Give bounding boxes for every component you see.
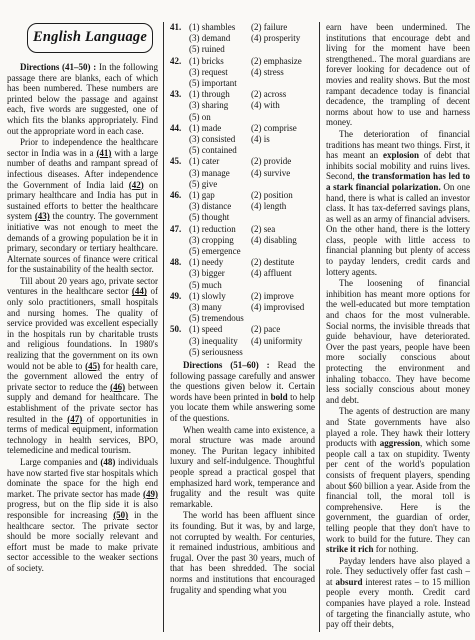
question-list: 41.(1) shambles(2) failure(3) demand(4) … — [170, 22, 315, 358]
paragraph: Directions (51–60) : Read the following … — [170, 360, 315, 424]
option-label: (4) — [251, 67, 264, 77]
body-text: earn have been undermined. The instituti… — [326, 22, 470, 127]
option-word: bigger — [202, 268, 225, 278]
body-text: Large companies and — [20, 457, 100, 467]
answer-option: (5) seriousness — [189, 347, 250, 358]
option-label: (1) — [189, 123, 202, 133]
answer-option: (1) made — [189, 123, 250, 134]
answer-option: (1) speed — [189, 324, 250, 335]
option-label: (1) — [189, 56, 202, 66]
emphasized-text: strike it rich — [326, 544, 374, 554]
option-label: (3) — [189, 268, 202, 278]
answer-option: (1) reduction — [189, 224, 250, 235]
option-label: (2) — [251, 291, 264, 301]
answer-option: (4) length — [251, 201, 315, 212]
paragraph: Directions (41–50) : In the following pa… — [7, 62, 158, 136]
answer-option: (4) improvised — [251, 302, 315, 313]
option-label: (3) — [189, 336, 202, 346]
question-item: 50.(1) speed(2) pace(3) inequality(4) un… — [170, 324, 315, 358]
option-label: (3) — [189, 201, 202, 211]
answer-option: (2) destitute — [251, 257, 315, 268]
answer-option: (1) cater — [189, 156, 250, 167]
option-grid: (1) speed(2) pace(3) inequality(4) unifo… — [189, 324, 315, 358]
middle-column-paragraphs: Directions (51–60) : Read the following … — [170, 360, 315, 595]
option-word: is — [264, 134, 270, 144]
option-label: (4) — [251, 235, 264, 245]
answer-option: (3) distance — [189, 201, 250, 212]
option-label: (1) — [189, 190, 202, 200]
option-word: emergence — [202, 246, 241, 256]
option-word: disabling — [264, 235, 297, 245]
option-word: cater — [202, 156, 219, 166]
option-word: on — [202, 112, 211, 122]
paragraph: Till about 20 years ago, private sector … — [7, 276, 158, 456]
option-label: (2) — [251, 257, 264, 267]
paragraph: The world has been affluent since its fo… — [170, 510, 315, 595]
body-text: of only solo practitioners, small hospit… — [7, 286, 158, 370]
option-word: comprise — [264, 123, 297, 133]
answer-option: (5) tremendous — [189, 313, 250, 324]
answer-option: (4) stress — [251, 67, 315, 78]
option-label: (5) — [189, 145, 202, 155]
option-word: sharing — [202, 100, 229, 110]
body-text: When wealth came into existence, a moral… — [170, 425, 315, 509]
emphasized-text: (45) — [85, 361, 100, 371]
answer-option: (3) inequality — [189, 336, 250, 347]
question-number: 43. — [170, 89, 189, 123]
answer-option: (1) gap — [189, 190, 250, 201]
option-label: (2) — [251, 56, 264, 66]
option-word: provide — [264, 156, 292, 166]
option-label: (3) — [189, 100, 202, 110]
answer-option: (5) ruined — [189, 44, 250, 55]
question-number: 49. — [170, 291, 189, 325]
option-label: (2) — [251, 156, 264, 166]
option-label: (5) — [189, 44, 202, 54]
option-label: (3) — [189, 134, 202, 144]
option-label: (1) — [189, 291, 202, 301]
question-item: 42.(1) bricks(2) emphasize(3) request(4)… — [170, 56, 315, 90]
paragraph: The agents of destruction are many and S… — [326, 406, 470, 554]
option-label: (5) — [189, 179, 202, 189]
option-label: (5) — [189, 78, 202, 88]
option-word: slowly — [202, 291, 226, 301]
middle-column: 41.(1) shambles(2) failure(3) demand(4) … — [163, 22, 319, 632]
answer-option: (4) uniformity — [251, 336, 315, 347]
question-number: 44. — [170, 123, 189, 157]
answer-option: (3) consisted — [189, 134, 250, 145]
option-word: improve — [264, 291, 294, 301]
section-title-box: English Language — [27, 23, 153, 53]
option-word: through — [202, 89, 230, 99]
paragraph: earn have been undermined. The instituti… — [326, 22, 470, 128]
option-label: (2) — [251, 224, 264, 234]
option-label: (1) — [189, 257, 202, 267]
option-grid: (1) cater(2) provide(3) manage(4) surviv… — [189, 156, 315, 190]
option-label: (3) — [189, 302, 202, 312]
answer-option: (2) position — [251, 190, 315, 201]
answer-option: (2) emphasize — [251, 56, 315, 67]
answer-option: (1) bricks — [189, 56, 250, 67]
option-word: thought — [202, 212, 230, 222]
option-word: give — [202, 179, 218, 189]
question-item: 45.(1) cater(2) provide(3) manage(4) sur… — [170, 156, 315, 190]
emphasized-text: (42) — [129, 180, 144, 190]
answer-option: (5) important — [189, 78, 250, 89]
answer-option: (3) request — [189, 67, 250, 78]
option-word: bricks — [202, 56, 224, 66]
option-label: (5) — [189, 112, 202, 122]
option-label: (4) — [251, 100, 264, 110]
option-label: (1) — [189, 22, 202, 32]
option-word: contained — [202, 145, 237, 155]
emphasized-text: (47) — [67, 414, 82, 424]
option-label: (3) — [189, 235, 202, 245]
option-label: (3) — [189, 33, 202, 43]
option-word: affluent — [264, 268, 292, 278]
answer-option: (2) failure — [251, 22, 315, 33]
option-word: destitute — [264, 257, 295, 267]
option-word: needy — [202, 257, 224, 267]
paragraph: Payday lenders have also played a role. … — [326, 556, 470, 630]
option-grid: (1) needy(2) destitute(3) bigger(4) affl… — [189, 257, 315, 291]
paragraph: The deterioration of financial tradition… — [326, 129, 470, 277]
emphasized-text: (43) — [35, 211, 50, 221]
option-word: pace — [264, 324, 280, 334]
option-word: inequality — [202, 336, 238, 346]
body-text: for nothing. — [374, 544, 419, 554]
option-label: (4) — [251, 33, 264, 43]
option-word: position — [264, 190, 293, 200]
option-word: many — [202, 302, 222, 312]
option-word: reduction — [202, 224, 236, 234]
option-word: much — [202, 280, 222, 290]
option-grid: (1) slowly(2) improve(3) many(4) improvi… — [189, 291, 315, 325]
option-word: manage — [202, 168, 230, 178]
option-label: (3) — [189, 67, 202, 77]
option-grid: (1) reduction(2) sea(3) cropping(4) disa… — [189, 224, 315, 258]
answer-option: (2) sea — [251, 224, 315, 235]
option-label: (1) — [189, 224, 202, 234]
option-grid: (1) bricks(2) emphasize(3) request(4) st… — [189, 56, 315, 90]
body-text: In the following passage there are blank… — [7, 62, 158, 136]
answer-option: (3) manage — [189, 168, 250, 179]
paragraph: When wealth came into existence, a moral… — [170, 425, 315, 510]
option-label: (2) — [251, 190, 264, 200]
option-label: (3) — [189, 168, 202, 178]
question-number: 41. — [170, 22, 189, 56]
option-word: across — [264, 89, 287, 99]
option-word: shambles — [202, 22, 236, 32]
exam-page: English Language Directions (41–50) : In… — [0, 0, 475, 640]
answer-option: (3) cropping — [189, 235, 250, 246]
answer-option: (3) many — [189, 302, 250, 313]
emphasized-text: (41) — [96, 148, 111, 158]
question-number: 42. — [170, 56, 189, 90]
option-word: prosperity — [264, 33, 301, 43]
answer-option: (1) through — [189, 89, 250, 100]
answer-option: (1) shambles — [189, 22, 250, 33]
option-word: made — [202, 123, 222, 133]
left-column-paragraphs: Directions (41–50) : In the following pa… — [7, 62, 158, 574]
option-word: length — [264, 201, 287, 211]
emphasized-text: (49) — [143, 489, 158, 499]
option-word: failure — [264, 22, 287, 32]
answer-option: (4) prosperity — [251, 33, 315, 44]
option-grid: (1) gap(2) position(3) distance(4) lengt… — [189, 190, 315, 224]
answer-option: (4) survive — [251, 168, 315, 179]
answer-option: (4) disabling — [251, 235, 315, 246]
question-item: 46.(1) gap(2) position(3) distance(4) le… — [170, 190, 315, 224]
question-item: 49.(1) slowly(2) improve(3) many(4) impr… — [170, 291, 315, 325]
question-item: 43.(1) through(2) across(3) sharing(4) w… — [170, 89, 315, 123]
question-number: 50. — [170, 324, 189, 358]
emphasized-text: bold — [271, 392, 288, 402]
option-word: sea — [264, 224, 276, 234]
option-word: distance — [202, 201, 232, 211]
answer-option: (2) pace — [251, 324, 315, 335]
option-label: (4) — [251, 302, 264, 312]
answer-option: (5) contained — [189, 145, 250, 156]
question-number: 48. — [170, 257, 189, 291]
paragraph: Prior to independence the healthcare sec… — [7, 137, 158, 275]
right-column: earn have been undermined. The instituti… — [319, 22, 472, 632]
body-text: The world has been affluent since its fo… — [170, 510, 315, 594]
section-title: English Language — [33, 29, 147, 45]
answer-option: (4) affluent — [251, 268, 315, 279]
answer-option: (3) bigger — [189, 268, 250, 279]
right-column-paragraphs: earn have been undermined. The instituti… — [326, 22, 470, 630]
emphasized-text: (48) — [100, 457, 115, 467]
body-text: On one hand, there is what is called an … — [326, 182, 470, 277]
option-word: request — [202, 67, 228, 77]
option-word: seriousness — [202, 347, 243, 357]
option-label: (4) — [251, 201, 264, 211]
paragraph: Large companies and (48) individuals hav… — [7, 457, 158, 574]
answer-option: (5) emergence — [189, 246, 250, 257]
option-label: (2) — [251, 324, 264, 334]
emphasized-text: explosion — [383, 150, 419, 160]
answer-option: (3) sharing — [189, 100, 250, 111]
option-grid: (1) through(2) across(3) sharing(4) with… — [189, 89, 315, 123]
question-number: 45. — [170, 156, 189, 190]
answer-option: (4) is — [251, 134, 315, 145]
option-word: improvised — [264, 302, 305, 312]
option-label: (1) — [189, 324, 202, 334]
option-word: gap — [202, 190, 215, 200]
option-label: (4) — [251, 134, 264, 144]
option-word: with — [264, 100, 280, 110]
option-label: (2) — [251, 22, 264, 32]
option-label: (5) — [189, 212, 202, 222]
option-word: uniformity — [264, 336, 303, 346]
paragraph: The loosening of financial inhibition ha… — [326, 278, 470, 405]
option-grid: (1) shambles(2) failure(3) demand(4) pro… — [189, 22, 315, 56]
answer-option: (5) on — [189, 112, 250, 123]
option-label: (5) — [189, 347, 202, 357]
question-number: 47. — [170, 224, 189, 258]
option-word: ruined — [202, 44, 225, 54]
emphasized-text: aggression — [380, 438, 420, 448]
question-item: 47.(1) reduction(2) sea(3) cropping(4) d… — [170, 224, 315, 258]
option-label: (4) — [251, 336, 264, 346]
answer-option: (4) with — [251, 100, 315, 111]
left-column: English Language Directions (41–50) : In… — [7, 22, 163, 632]
option-label: (4) — [251, 268, 264, 278]
option-word: survive — [264, 168, 291, 178]
option-word: cropping — [202, 235, 234, 245]
emphasized-text: (50) — [113, 510, 128, 520]
answer-option: (1) needy — [189, 257, 250, 268]
option-word: important — [202, 78, 237, 88]
emphasized-text: Directions (41–50) : — [20, 62, 99, 72]
answer-option: (5) give — [189, 179, 250, 190]
question-item: 48.(1) needy(2) destitute(3) bigger(4) a… — [170, 257, 315, 291]
option-label: (5) — [189, 246, 202, 256]
option-word: consisted — [202, 134, 236, 144]
option-word: tremendous — [202, 313, 244, 323]
emphasized-text: Directions (51–60) : — [183, 360, 278, 370]
option-word: emphasize — [264, 56, 302, 66]
option-word: stress — [264, 67, 284, 77]
answer-option: (2) across — [251, 89, 315, 100]
option-word: demand — [202, 33, 231, 43]
answer-option: (2) improve — [251, 291, 315, 302]
option-label: (4) — [251, 168, 264, 178]
option-label: (2) — [251, 123, 264, 133]
answer-option: (5) thought — [189, 212, 250, 223]
emphasized-text: absurd — [335, 577, 362, 587]
question-item: 44.(1) made(2) comprise(3) consisted(4) … — [170, 123, 315, 157]
answer-option: (2) provide — [251, 156, 315, 167]
question-number: 46. — [170, 190, 189, 224]
option-label: (5) — [189, 280, 202, 290]
body-text: The loosening of financial inhibition ha… — [326, 278, 470, 405]
body-text: , which some people call a tax on stupid… — [326, 438, 470, 543]
emphasized-text: (46) — [110, 382, 125, 392]
answer-option: (3) demand — [189, 33, 250, 44]
option-label: (1) — [189, 89, 202, 99]
option-word: speed — [202, 324, 223, 334]
answer-option: (2) comprise — [251, 123, 315, 134]
answer-option: (1) slowly — [189, 291, 250, 302]
option-label: (1) — [189, 156, 202, 166]
answer-option: (5) much — [189, 280, 250, 291]
option-grid: (1) made(2) comprise(3) consisted(4) is(… — [189, 123, 315, 157]
option-label: (5) — [189, 313, 202, 323]
emphasized-text: (44) — [132, 286, 147, 296]
option-label: (2) — [251, 89, 264, 99]
question-item: 41.(1) shambles(2) failure(3) demand(4) … — [170, 22, 315, 56]
